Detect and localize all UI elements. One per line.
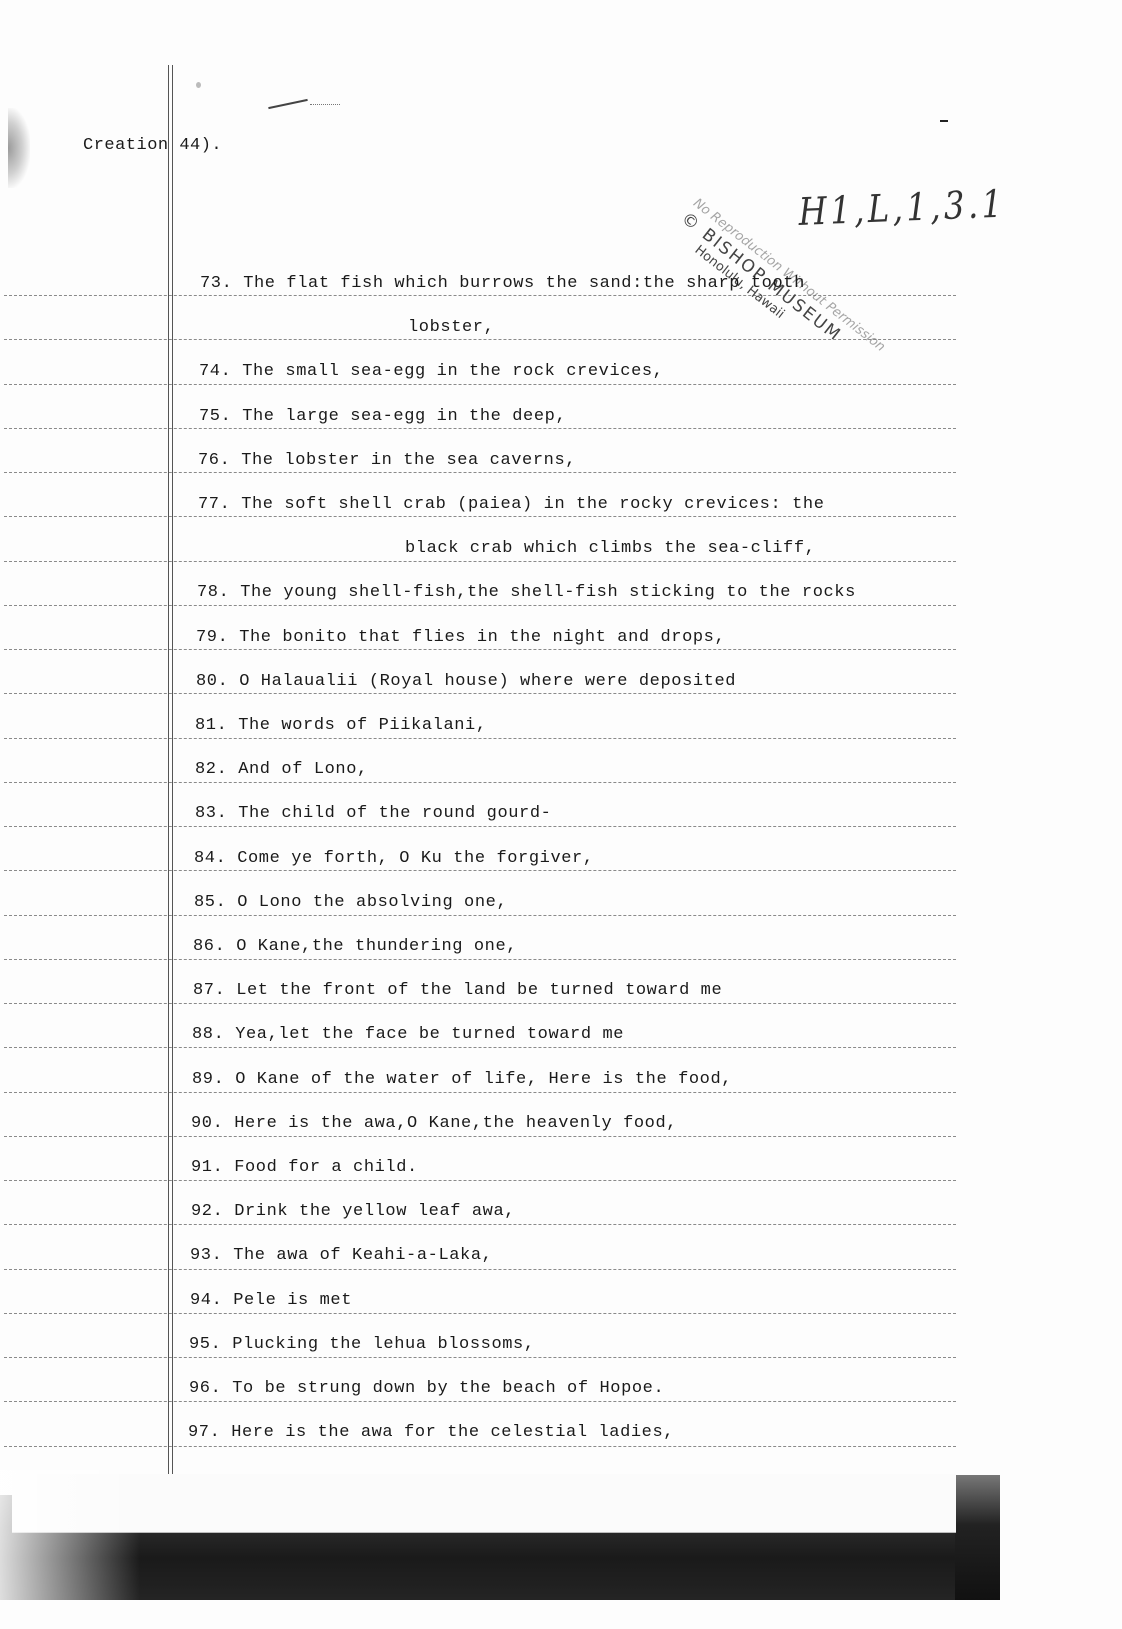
verse-line: 73. The flat fish which burrows the sand… [200,274,805,294]
ruled-line [4,1224,956,1225]
ruled-line [4,870,956,871]
ruled-line [4,693,956,694]
scan-shadow-fade [0,1470,140,1600]
ruled-line [4,516,956,517]
ruled-line [4,959,956,960]
document-page: Creation 44). H1,L,1,3.1 No Reproduction… [0,0,1122,1629]
ruled-line [4,915,956,916]
ruled-line [4,649,956,650]
ruled-line [4,1003,956,1004]
ruled-line [4,561,956,562]
ruled-line [4,384,956,385]
verse-line: 78. The young shell-fish,the shell-fish … [197,583,856,603]
verse-line: 90. Here is the awa,O Kane,the heavenly … [191,1114,677,1134]
ruled-line [4,1313,956,1314]
ruled-line [4,605,956,606]
catalog-number: H1,L,1,3.1 [798,182,1006,234]
verse-continuation: black crab which climbs the sea-cliff, [405,539,815,559]
ruled-line [4,428,956,429]
scan-shadow [955,1475,1000,1600]
verse-line: 92. Drink the yellow leaf awa, [191,1202,515,1222]
pen-mark [310,104,340,105]
ruled-line [4,1092,956,1093]
verse-line: 76. The lobster in the sea caverns, [198,451,576,471]
ruled-line [4,782,956,783]
verse-line: 95. Plucking the lehua blossoms, [189,1335,535,1355]
verse-line: 81. The words of Piikalani, [195,716,487,736]
verse-line: 82. And of Lono, [195,760,368,780]
ruled-line [4,1180,956,1181]
ruled-line [4,1357,956,1358]
ink-dot [196,82,201,88]
ruled-line [4,1047,956,1048]
ruled-line [4,826,956,827]
verse-line: 80. O Halaualii (Royal house) where were… [196,672,736,692]
page-header: Creation 44). [83,136,222,155]
ruled-line [4,472,956,473]
verse-line: 75. The large sea-egg in the deep, [199,407,566,427]
verse-line: 91. Food for a child. [191,1158,418,1178]
ruled-line [4,738,956,739]
verse-line: 83. The child of the round gourd- [195,804,551,824]
ruled-line [4,1136,956,1137]
verse-line: 84. Come ye forth, O Ku the forgiver, [194,849,594,869]
page-bottom-edge [12,1474,956,1533]
verse-line: 85. O Lono the absolving one, [194,893,507,913]
margin-line [168,65,173,1565]
ruled-line [4,1269,956,1270]
scan-smudge [8,108,30,188]
verse-line: 77. The soft shell crab (paiea) in the r… [198,495,825,515]
verse-line: 96. To be strung down by the beach of Ho… [189,1379,664,1399]
ruled-line [4,1446,956,1447]
verse-line: 87. Let the front of the land be turned … [193,981,722,1001]
pen-mark [268,99,308,109]
ruled-line [4,1401,956,1402]
verse-line: 94. Pele is met [190,1291,352,1311]
pen-mark [940,120,948,122]
verse-line: 89. O Kane of the water of life, Here is… [192,1070,732,1090]
verse-line: 88. Yea,let the face be turned toward me [192,1025,624,1045]
verse-line: 74. The small sea-egg in the rock crevic… [199,362,663,382]
verse-line: 97. Here is the awa for the celestial la… [188,1423,674,1443]
verse-line: 86. O Kane,the thundering one, [193,937,517,957]
verse-continuation: lobster, [408,318,494,338]
verse-line: 93. The awa of Keahi-a-Laka, [190,1246,492,1266]
verse-line: 79. The bonito that flies in the night a… [196,628,725,648]
